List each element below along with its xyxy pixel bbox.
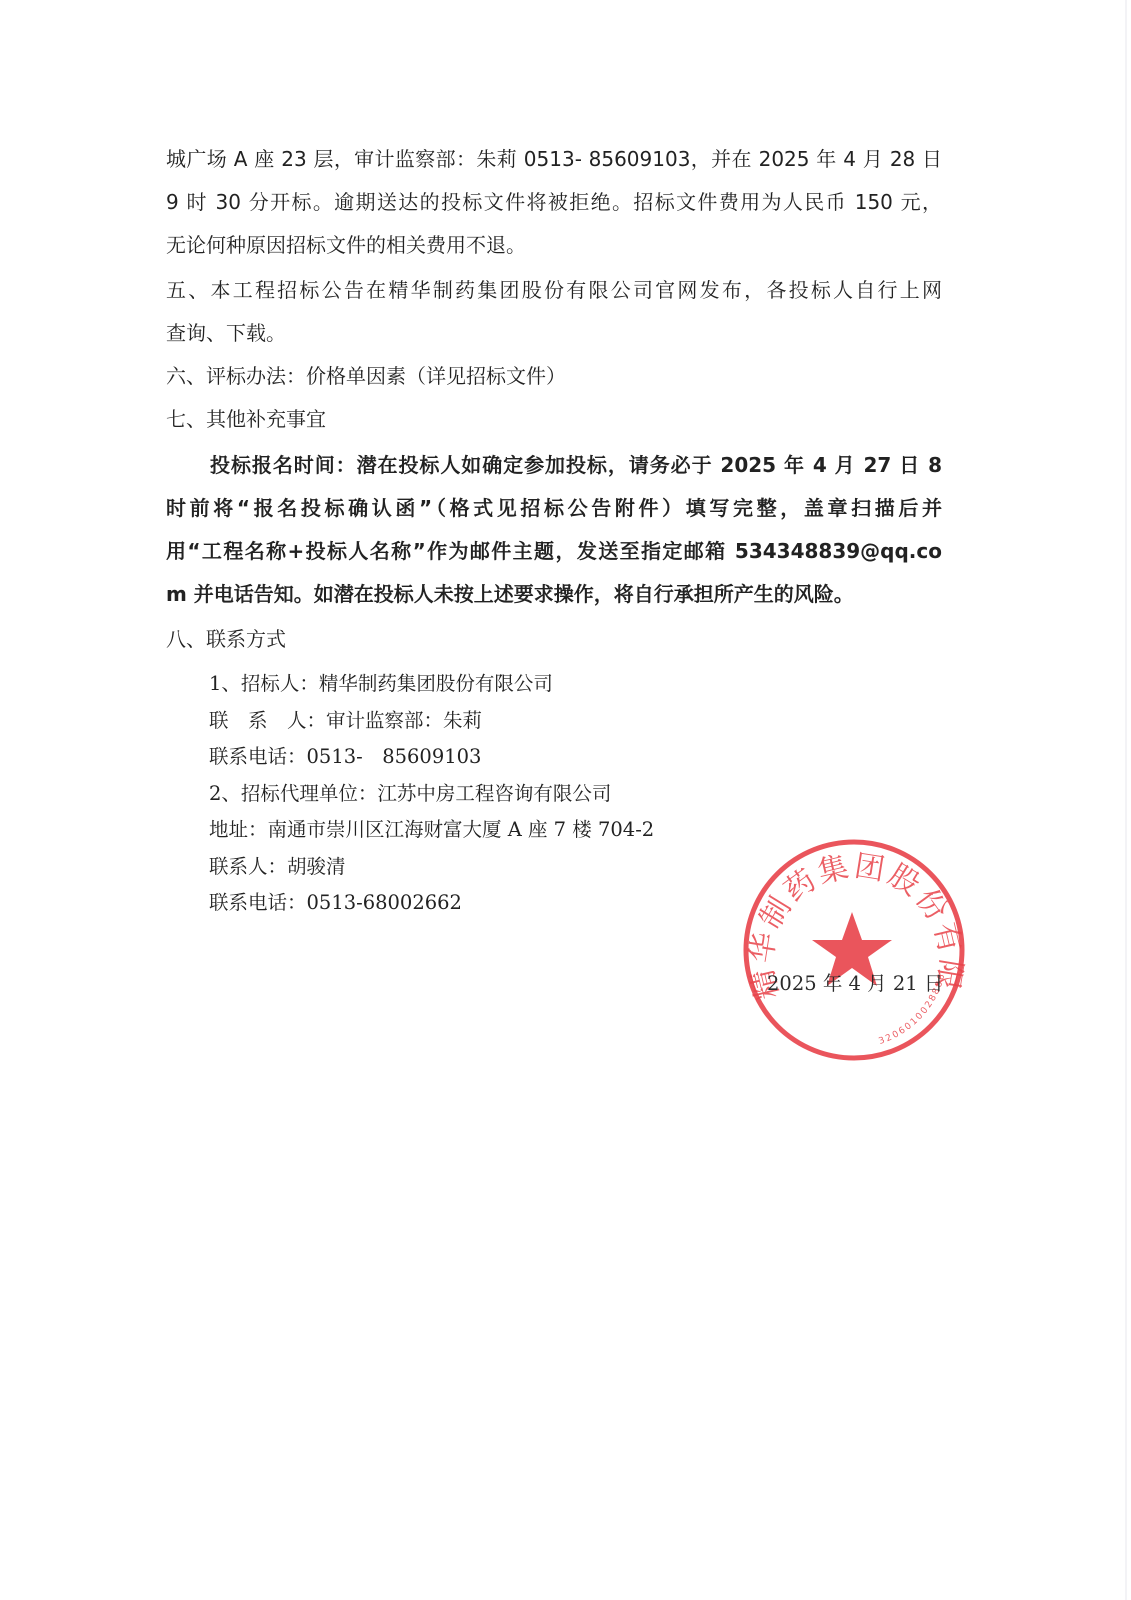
text-line: 五、本工程招标公告在精华制药集团股份有限公司官网发布，各投标人自行上网 [166,269,942,312]
text-line: 用“工程名称+投标人名称”作为邮件主题，发送至指定邮箱 534348839@qq… [166,530,942,573]
paragraph-bid-submission: 城广场 A 座 23 层，审计监察部：朱莉 0513- 85609103，并在 … [166,138,942,267]
section-8-heading: 八、联系方式 [166,618,942,661]
text-line: 投标报名时间：潜在投标人如确定参加投标，请务必于 2025 年 4 月 27 日… [166,444,942,487]
contact-agency-phone: 联系电话：0513-68002662 [209,885,654,922]
page-edge [1125,0,1127,1600]
seal-graphic: 精华制药集团股份有限公司 3206010028886 [740,836,968,1064]
section-heading: 七、其他补充事宜 [166,398,942,441]
text-line: m 并电话告知。如潜在投标人未按上述要求操作，将自行承担所产生的风险。 [166,573,942,616]
contact-agency-person: 联系人：胡骏清 [209,849,654,886]
section-6-evaluation: 六、评标办法：价格单因素（详见招标文件） [166,355,942,398]
signature-date: 2025 年 4 月 21 日 [767,968,943,996]
text-line: 9 时 30 分开标。逾期送达的投标文件将被拒绝。招标文件费用为人民币 150 … [166,181,942,224]
contact-phone: 联系电话：0513- 85609103 [209,739,654,776]
contact-agency: 2、招标代理单位：江苏中房工程咨询有限公司 [209,776,654,813]
text-line: 无论何种原因招标文件的相关费用不退。 [166,224,942,267]
contact-address: 地址：南通市崇川区江海财富大厦 A 座 7 楼 704-2 [209,812,654,849]
text-line: 查询、下载。 [166,312,942,355]
section-5-publication: 五、本工程招标公告在精华制药集团股份有限公司官网发布，各投标人自行上网 查询、下… [166,269,942,355]
contact-list: 1、招标人：精华制药集团股份有限公司 联 系 人：审计监察部：朱莉 联系电话：0… [209,666,654,922]
official-seal: 精华制药集团股份有限公司 3206010028886 [740,836,968,1064]
section-7-heading: 七、其他补充事宜 [166,398,942,441]
text-line: 时前将“报名投标确认函”（格式见招标公告附件）填写完整，盖章扫描后并 [166,487,942,530]
text-line: 城广场 A 座 23 层，审计监察部：朱莉 0513- 85609103，并在 … [166,138,942,181]
section-heading: 八、联系方式 [166,618,942,661]
contact-tenderer: 1、招标人：精华制药集团股份有限公司 [209,666,654,703]
contact-person: 联 系 人：审计监察部：朱莉 [209,703,654,740]
section-heading: 六、评标办法：价格单因素（详见招标文件） [166,355,942,398]
section-7-registration: 投标报名时间：潜在投标人如确定参加投标，请务必于 2025 年 4 月 27 日… [166,444,942,616]
